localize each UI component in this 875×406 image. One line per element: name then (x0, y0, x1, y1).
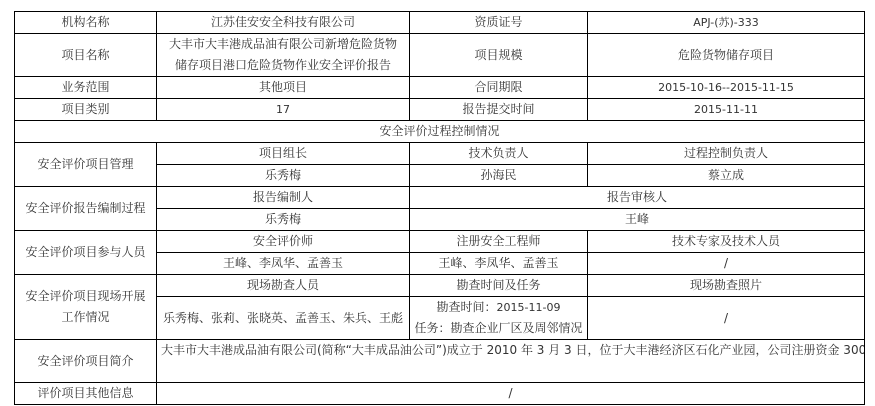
expert-value: / (588, 253, 865, 275)
scope-label: 业务范围 (15, 77, 157, 99)
management-label: 安全评价项目管理 (15, 143, 157, 187)
time-task-value: 勘查时间：2015-11-09 任务：勘查企业厂区及周邻情况 (410, 297, 588, 340)
row-scope: 业务范围 其他项目 合同期限 2015-10-16--2015-11-15 (15, 77, 865, 99)
intro-text: 大丰市大丰港成品油有限公司(简称“大丰成品油公司”)成立于 2010 年 3 月… (157, 340, 865, 383)
row-management-header: 安全评价项目管理 项目组长 技术负责人 过程控制负责人 (15, 143, 865, 165)
scale-value: 危险货物储存项目 (588, 34, 865, 77)
process-label: 过程控制负责人 (588, 143, 865, 165)
tech-label: 技术负责人 (410, 143, 588, 165)
row-category: 项目类别 17 报告提交时间 2015-11-11 (15, 99, 865, 121)
cert-label: 资质证号 (410, 12, 588, 34)
cert-value: APJ-(苏)-333 (588, 12, 865, 34)
section-title: 安全评价过程控制情况 (15, 121, 865, 143)
row-section-title: 安全评价过程控制情况 (15, 121, 865, 143)
participants-label: 安全评价项目参与人员 (15, 231, 157, 275)
leader-value: 乐秀梅 (157, 165, 410, 187)
photo-label: 现场勘查照片 (588, 275, 865, 297)
reviewer-label: 报告审核人 (410, 187, 865, 209)
process-value: 蔡立成 (588, 165, 865, 187)
row-other: 评价项目其他信息 / (15, 383, 865, 405)
onsite-label-line1: 安全评价项目现场开展 (19, 286, 152, 307)
survey-task-line: 任务：勘查企业厂区及周邻情况 (414, 318, 583, 339)
org-value: 江苏佳安安全科技有限公司 (157, 12, 410, 34)
scale-label: 项目规模 (410, 34, 588, 77)
photo-value: / (588, 297, 865, 340)
row-project-name: 项目名称 大丰市大丰港成品油有限公司新增危险货物 储存项目港口危险货物作业安全评… (15, 34, 865, 77)
survey-time-value: 2015-11-09 (497, 301, 561, 314)
project-name-value: 大丰市大丰港成品油有限公司新增危险货物 储存项目港口危险货物作业安全评价报告 (157, 34, 410, 77)
project-name-line2: 储存项目港口危险货物作业安全评价报告 (161, 55, 405, 76)
evaluator-value: 王峰、李凤华、孟善玉 (157, 253, 410, 275)
project-name-line1: 大丰市大丰港成品油有限公司新增危险货物 (161, 34, 405, 55)
expert-label: 技术专家及技术人员 (588, 231, 865, 253)
contract-label: 合同期限 (410, 77, 588, 99)
time-task-label: 勘查时间及任务 (410, 275, 588, 297)
staff-label: 现场勘查人员 (157, 275, 410, 297)
intro-label: 安全评价项目简介 (15, 340, 157, 383)
evaluation-info-table: 机构名称 江苏佳安安全科技有限公司 资质证号 APJ-(苏)-333 项目名称 … (14, 11, 865, 405)
leader-label: 项目组长 (157, 143, 410, 165)
project-name-label: 项目名称 (15, 34, 157, 77)
row-participants-header: 安全评价项目参与人员 安全评价师 注册安全工程师 技术专家及技术人员 (15, 231, 865, 253)
submit-label: 报告提交时间 (410, 99, 588, 121)
compilation-label: 安全评价报告编制过程 (15, 187, 157, 231)
contract-value: 2015-10-16--2015-11-15 (588, 77, 865, 99)
reviewer-value: 王峰 (410, 209, 865, 231)
category-label: 项目类别 (15, 99, 157, 121)
row-intro: 安全评价项目简介 大丰市大丰港成品油有限公司(简称“大丰成品油公司”)成立于 2… (15, 340, 865, 383)
staff-value: 乐秀梅、张莉、张晓英、孟善玉、朱兵、王彪 (157, 297, 410, 340)
onsite-label: 安全评价项目现场开展 工作情况 (15, 275, 157, 340)
scope-value: 其他项目 (157, 77, 410, 99)
tech-value: 孙海民 (410, 165, 588, 187)
row-compilation-header: 安全评价报告编制过程 报告编制人 报告审核人 (15, 187, 865, 209)
org-label: 机构名称 (15, 12, 157, 34)
onsite-label-line2: 工作情况 (19, 307, 152, 328)
other-label: 评价项目其他信息 (15, 383, 157, 405)
row-organization: 机构名称 江苏佳安安全科技有限公司 资质证号 APJ-(苏)-333 (15, 12, 865, 34)
other-value: / (157, 383, 865, 405)
engineer-value: 王峰、李凤华、孟善玉 (410, 253, 588, 275)
engineer-label: 注册安全工程师 (410, 231, 588, 253)
evaluator-label: 安全评价师 (157, 231, 410, 253)
row-onsite-header: 安全评价项目现场开展 工作情况 现场勘查人员 勘查时间及任务 现场勘查照片 (15, 275, 865, 297)
survey-time-line: 勘查时间：2015-11-09 (414, 297, 583, 318)
survey-time-prefix: 勘查时间： (437, 300, 497, 314)
author-label: 报告编制人 (157, 187, 410, 209)
author-value: 乐秀梅 (157, 209, 410, 231)
submit-value: 2015-11-11 (588, 99, 865, 121)
category-value: 17 (157, 99, 410, 121)
